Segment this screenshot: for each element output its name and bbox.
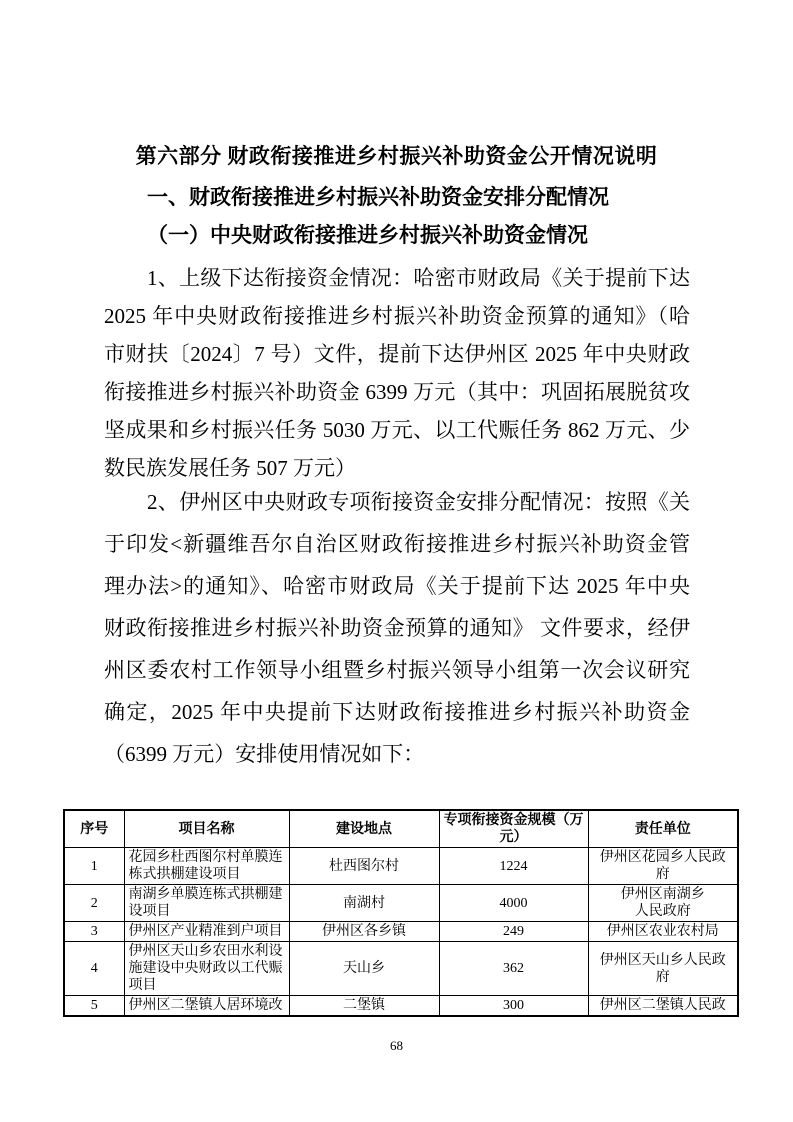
text-line: 坚成果和乡村振兴任务 5030 万元、以工代赈任务 862 万元、少	[104, 411, 690, 449]
table-cell: 伊州区二堡镇人民政	[588, 996, 738, 1017]
text-line: （6399 万元）安排使用情况如下：	[104, 733, 690, 775]
table-row: 3伊州区产业精准到户项目伊州区各乡镇249伊州区农业农村局	[64, 922, 738, 942]
table-row: 5伊州区二堡镇人居环境改二堡镇300伊州区二堡镇人民政	[64, 996, 738, 1017]
paragraph-allocation: 2、伊州区中央财政专项衔接资金安排分配情况：按照《关于印发<新疆维吾尔自治区财政…	[104, 481, 690, 775]
section-heading: 一、财政衔接推进乡村振兴补助资金安排分配情况	[147, 184, 609, 210]
table-cell: 4	[64, 942, 124, 996]
table-header-row: 序号项目名称建设地点专项衔接资金规模（万 元）责任单位	[64, 810, 738, 848]
table-cell: 伊州区农业农村局	[588, 922, 738, 942]
text-line: 2、伊州区中央财政专项衔接资金安排分配情况：按照《关	[104, 481, 690, 523]
document-page: 第六部分 财政衔接推进乡村振兴补助资金公开情况说明 一、财政衔接推进乡村振兴补助…	[0, 0, 793, 1122]
table-row: 4伊州区天山乡农田水利设 施建设中央财政以工代赈 项目天山乡362伊州区天山乡人…	[64, 942, 738, 996]
table-cell: 伊州区天山乡人民政 府	[588, 942, 738, 996]
table-row: 2南湖乡单膜连栋式拱棚建 设项目南湖村4000伊州区南湖乡 人民政府	[64, 885, 738, 922]
table-cell: 3	[64, 922, 124, 942]
table-cell: 伊州区天山乡农田水利设 施建设中央财政以工代赈 项目	[124, 942, 289, 996]
table-cell: 伊州区各乡镇	[289, 922, 439, 942]
text-line: 确定，2025 年中央提前下达财政衔接推进乡村振兴补助资金	[104, 691, 690, 733]
column-header: 建设地点	[289, 810, 439, 848]
table-cell: 二堡镇	[289, 996, 439, 1017]
text-line: 理办法>的通知》、哈密市财政局《关于提前下达 2025 年中央	[104, 565, 690, 607]
column-header: 责任单位	[588, 810, 738, 848]
table-cell: 南湖乡单膜连栋式拱棚建 设项目	[124, 885, 289, 922]
text-line: 1、上级下达衔接资金情况：哈密市财政局《关于提前下达	[104, 259, 690, 297]
table-cell: 杜西图尔村	[289, 848, 439, 885]
text-line: 财政衔接推进乡村振兴补助资金预算的通知》 文件要求，经伊	[104, 607, 690, 649]
table-cell: 伊州区花园乡人民政 府	[588, 848, 738, 885]
table-cell: 362	[439, 942, 588, 996]
text-line: 市财扶〔2024〕7 号）文件，提前下达伊州区 2025 年中央财政	[104, 335, 690, 373]
table-cell: 249	[439, 922, 588, 942]
table-cell: 花园乡杜西图尔村单膜连 栋式拱棚建设项目	[124, 848, 289, 885]
table-cell: 南湖村	[289, 885, 439, 922]
table-cell: 2	[64, 885, 124, 922]
page-title: 第六部分 财政衔接推进乡村振兴补助资金公开情况说明	[0, 143, 793, 169]
subsection-heading: （一）中央财政衔接推进乡村振兴补助资金情况	[147, 222, 588, 248]
table-body: 1花园乡杜西图尔村单膜连 栋式拱棚建设项目杜西图尔村1224伊州区花园乡人民政 …	[64, 848, 738, 1017]
funding-allocation-table: 序号项目名称建设地点专项衔接资金规模（万 元）责任单位 1花园乡杜西图尔村单膜连…	[63, 809, 739, 1017]
text-line: 2025 年中央财政衔接推进乡村振兴补助资金预算的通知》（哈	[104, 297, 690, 335]
table-cell: 300	[439, 996, 588, 1017]
column-header: 项目名称	[124, 810, 289, 848]
table-cell: 天山乡	[289, 942, 439, 996]
table-cell: 4000	[439, 885, 588, 922]
table-cell: 伊州区二堡镇人居环境改	[124, 996, 289, 1017]
table-cell: 伊州区南湖乡 人民政府	[588, 885, 738, 922]
paragraph-upper-funds: 1、上级下达衔接资金情况：哈密市财政局《关于提前下达2025 年中央财政衔接推进…	[104, 259, 690, 487]
table-cell: 5	[64, 996, 124, 1017]
column-header: 序号	[64, 810, 124, 848]
page-number: 68	[0, 1038, 793, 1054]
text-line: 于印发<新疆维吾尔自治区财政衔接推进乡村振兴补助资金管	[104, 523, 690, 565]
column-header: 专项衔接资金规模（万 元）	[439, 810, 588, 848]
table-cell: 1	[64, 848, 124, 885]
table-cell: 1224	[439, 848, 588, 885]
text-line: 州区委农村工作领导小组暨乡村振兴领导小组第一次会议研究	[104, 649, 690, 691]
text-line: 衔接推进乡村振兴补助资金 6399 万元（其中：巩固拓展脱贫攻	[104, 373, 690, 411]
table-cell: 伊州区产业精准到户项目	[124, 922, 289, 942]
table-row: 1花园乡杜西图尔村单膜连 栋式拱棚建设项目杜西图尔村1224伊州区花园乡人民政 …	[64, 848, 738, 885]
